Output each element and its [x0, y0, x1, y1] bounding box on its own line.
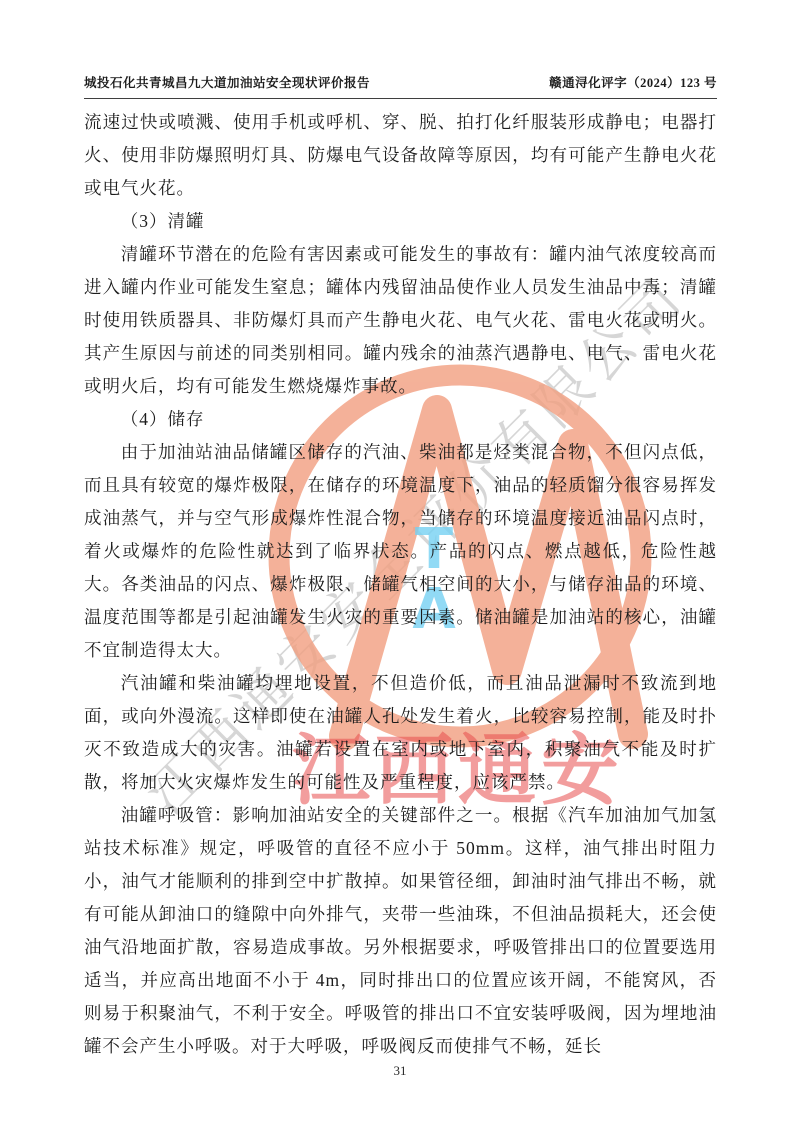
page-footer: 31: [0, 1063, 800, 1079]
report-title: 城投石化共青城昌九大道加油站安全现状评价报告: [84, 73, 370, 91]
page-number: 31: [394, 1063, 407, 1078]
report-body: 流速过快或喷溅、使用手机或呼机、穿、脱、拍打化纤服装形成静电；电器打火、使用非防…: [84, 106, 717, 1063]
paragraph: 油罐呼吸管：影响加油站安全的关键部件之一。根据《汽车加油加气加氢站技术标准》规定…: [84, 799, 717, 1063]
paragraph: 清罐环节潜在的危险有害因素或可能发生的事故有：罐内油气浓度较高而进入罐内作业可能…: [84, 238, 717, 403]
paragraph: 由于加油站油品储罐区储存的汽油、柴油都是烃类混合物，不但闪点低，而且具有较宽的爆…: [84, 436, 717, 667]
section-heading: （4）储存: [84, 403, 717, 436]
page-header: 城投石化共青城昌九大道加油站安全现状评价报告 赣通浔化评字（2024）123 号: [84, 73, 717, 99]
document-number: 赣通浔化评字（2024）123 号: [549, 73, 717, 91]
document-page: 江西通安安全评价有限公司 T A 江西通安 城投石化共青城昌九大道加油站安全现状…: [0, 0, 800, 1131]
paragraph: 汽油罐和柴油罐均埋地设置，不但造价低，而且油品泄漏时不致流到地面，或向外漫流。这…: [84, 667, 717, 799]
paragraph: 流速过快或喷溅、使用手机或呼机、穿、脱、拍打化纤服装形成静电；电器打火、使用非防…: [84, 106, 717, 205]
section-heading: （3）清罐: [84, 205, 717, 238]
